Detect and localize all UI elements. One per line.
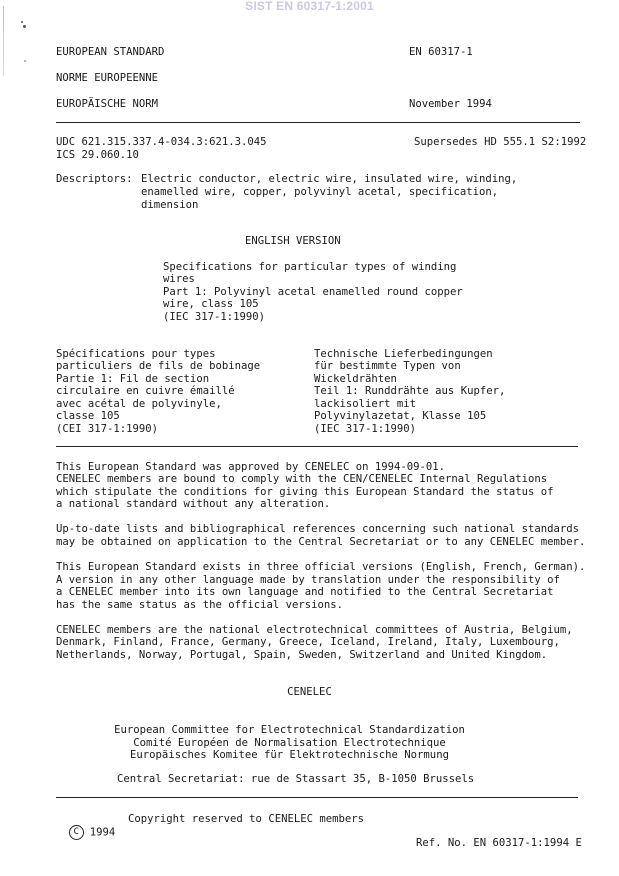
- french-title-line: Spécifications pour types: [56, 348, 215, 361]
- scan-artifact-line: [3, 6, 4, 76]
- body-paragraph-line: a CENELEC member into its own language a…: [56, 586, 553, 599]
- french-title-line: circulaire en cuivre émaillé: [56, 385, 235, 398]
- scan-artifact-speck: [21, 21, 23, 23]
- organization-full-name-de: Europäisches Komitee für Elektrotechnisc…: [0, 749, 579, 762]
- body-paragraph-line: A version in any other language made by …: [56, 574, 560, 587]
- footer-divider: [56, 797, 578, 798]
- descriptors-line: enamelled wire, copper, polyvinyl acetal…: [141, 186, 498, 199]
- french-title-line: Partie 1: Fil de section: [56, 373, 209, 386]
- body-paragraph-line: which stipulate the conditions for givin…: [56, 486, 553, 499]
- ics-code: ICS 29.060.10: [56, 149, 139, 162]
- body-paragraph-line: a national standard without any alterati…: [56, 498, 330, 511]
- descriptors-label: Descriptors:: [56, 173, 133, 186]
- french-title-line: (CEI 317-1:1990): [56, 423, 158, 436]
- organization-name: CENELEC: [0, 686, 619, 699]
- organization-full-name-en: European Committee for Electrotechnical …: [0, 724, 579, 737]
- german-title-line: lackisoliert mit: [314, 398, 416, 411]
- french-title-line: particuliers de fils de bobinage: [56, 360, 260, 373]
- copyright-text: Copyright reserved to CENELEC members: [128, 813, 364, 826]
- body-paragraph-line: Denmark, Finland, France, Germany, Greec…: [56, 636, 560, 649]
- body-paragraph-line: may be obtained on application to the Ce…: [56, 536, 585, 549]
- descriptors-line: dimension: [141, 199, 198, 212]
- organization-full-name-fr: Comité Européen de Normalisation Electro…: [0, 737, 579, 750]
- scan-artifact-speck: [23, 25, 26, 28]
- german-title-line: (IEC 317-1:1990): [314, 423, 416, 436]
- header-en-standard: EUROPEAN STANDARD: [56, 46, 164, 59]
- english-title-line: Specifications for particular types of w…: [163, 261, 456, 274]
- titles-divider: [56, 446, 578, 447]
- copyright-line: C1994: [56, 812, 115, 840]
- body-paragraph-line: This European Standard exists in three o…: [56, 561, 585, 574]
- header-divider: [56, 122, 580, 123]
- body-paragraph-line: Up-to-date lists and bibliographical ref…: [56, 523, 579, 536]
- english-title-line: wire, class 105: [163, 298, 259, 311]
- publication-date: November 1994: [409, 98, 492, 111]
- organization-address: Central Secretariat: rue de Stassart 35,…: [117, 773, 474, 786]
- header-de-standard: EUROPÄISCHE NORM: [56, 98, 158, 111]
- french-title-line: avec acétal de polyvinyle,: [56, 398, 222, 411]
- english-title-line: Part 1: Polyvinyl acetal enamelled round…: [163, 286, 463, 299]
- descriptors-line: Electric conductor, electric wire, insul…: [141, 173, 517, 186]
- english-title-line: (IEC 317-1:1990): [163, 311, 265, 324]
- body-paragraph-line: This European Standard was approved by C…: [56, 461, 445, 474]
- scan-artifact-speck: [24, 60, 26, 62]
- document-watermark: SIST EN 60317-1:2001: [0, 0, 619, 13]
- reference-number: Ref. No. EN 60317-1:1994 E: [416, 837, 582, 850]
- copyright-icon: C: [69, 825, 84, 840]
- copyright-year: 1994: [90, 826, 116, 838]
- body-paragraph-line: Netherlands, Norway, Portugal, Spain, Sw…: [56, 649, 547, 662]
- english-version-heading: ENGLISH VERSION: [245, 235, 341, 248]
- french-title-line: classe 105: [56, 410, 120, 423]
- body-paragraph-line: CENELEC members are bound to comply with…: [56, 473, 547, 486]
- german-title-line: Technische Lieferbedingungen: [314, 348, 493, 361]
- supersedes-note: Supersedes HD 555.1 S2:1992: [414, 136, 586, 149]
- body-paragraph-line: CENELEC members are the national electro…: [56, 624, 573, 637]
- standard-number: EN 60317-1: [409, 46, 473, 59]
- german-title-line: Teil 1: Runddrähte aus Kupfer,: [314, 385, 505, 398]
- german-title-line: Polyvinylazetat, Klasse 105: [314, 410, 486, 423]
- german-title-line: Wickeldrähten: [314, 373, 397, 386]
- german-title-line: für bestimmte Typen von: [314, 360, 461, 373]
- udc-code: UDC 621.315.337.4-034.3:621.3.045: [56, 136, 266, 149]
- body-paragraph-line: has the same status as the official vers…: [56, 599, 343, 612]
- english-title-line: wires: [163, 273, 195, 286]
- header-fr-standard: NORME EUROPEENNE: [56, 72, 158, 85]
